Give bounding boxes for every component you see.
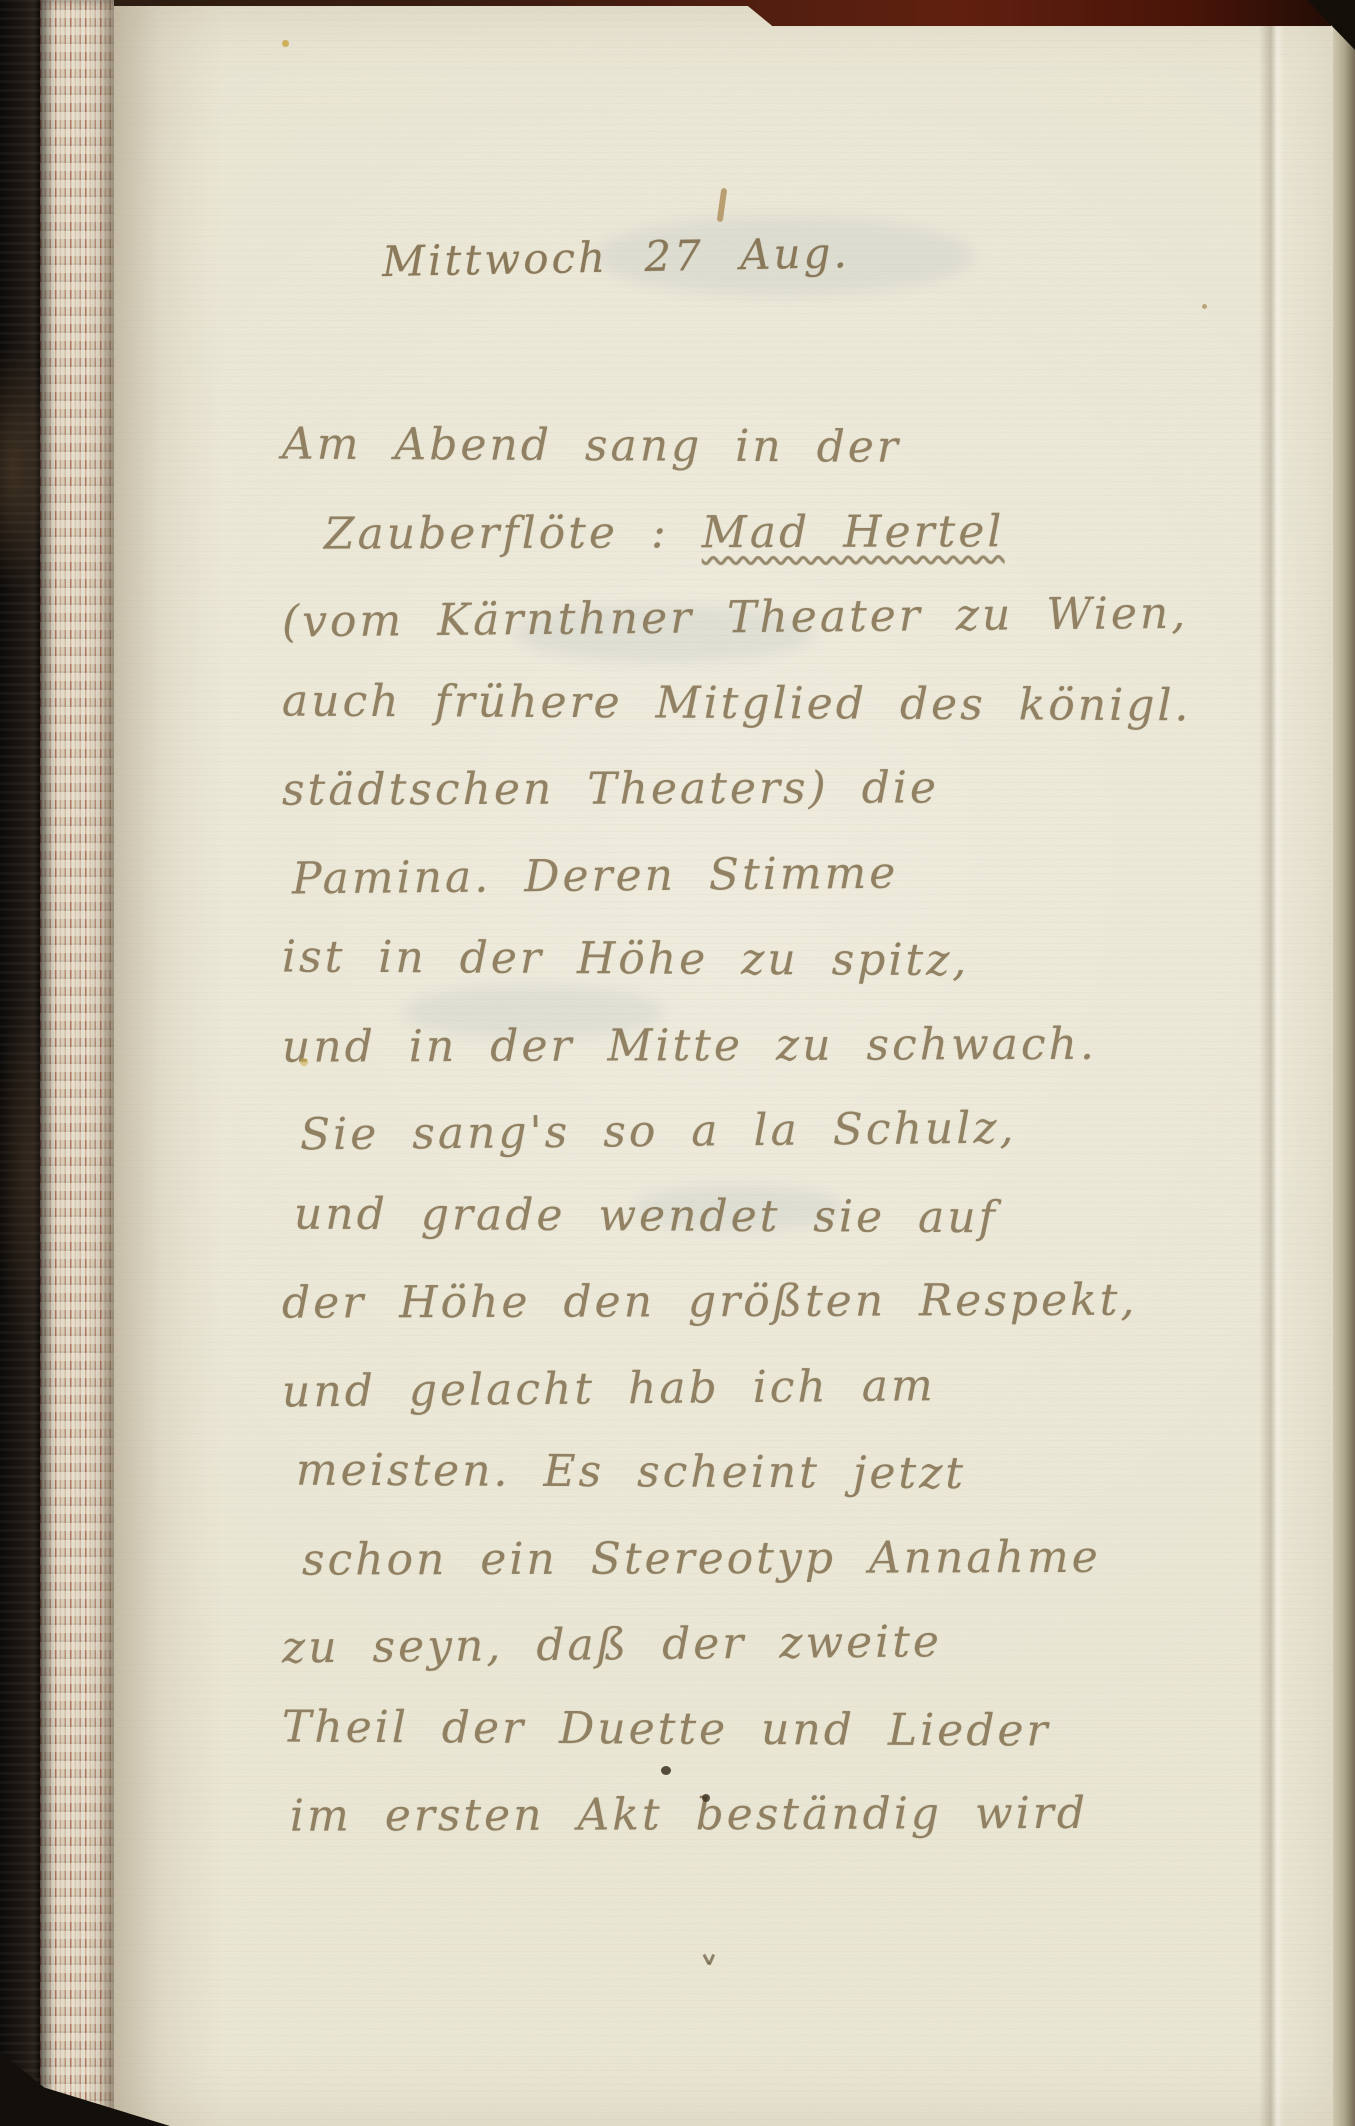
entry-line: Am Abend sang in der: [282, 402, 1223, 492]
entry-line: Theil der Duette und Lieder: [282, 1684, 1223, 1774]
page-edge-stack: [40, 0, 114, 2126]
entry-line: schon ein Stereotyp Annahme: [302, 1514, 1223, 1603]
book-cover-spine: [0, 0, 40, 2126]
entry-body: Am Abend sang in der Zauberflöte : Mad H…: [282, 404, 1223, 1858]
entry-line: meisten. Es scheint jetzt: [296, 1428, 1223, 1518]
entry-line: Pamina. Deren Stimme: [292, 827, 1224, 921]
stray-pen-mark: [702, 1954, 716, 1966]
entry-line: Sie sang's so a la Schulz,: [300, 1084, 1224, 1178]
entry-line: Zauberflöte : Mad Hertel: [324, 488, 1223, 577]
diary-entry: Mittwoch 27 Aug. Am Abend sang in der Za…: [282, 224, 1223, 1858]
manuscript-page: Mittwoch 27 Aug. Am Abend sang in der Za…: [114, 6, 1333, 2126]
page-fold-crease: [1259, 26, 1285, 2126]
entry-line: der Höhe den größten Respekt,: [282, 1257, 1223, 1346]
ink-smear: [717, 188, 728, 223]
entry-line: ist in der Höhe zu spitz,: [282, 915, 1223, 1005]
next-page-edge: [1331, 0, 1355, 2126]
entry-line: auch frühere Mitglied des königl.: [282, 658, 1223, 748]
entry-date-heading: Mittwoch 27 Aug.: [382, 216, 1224, 292]
foxing-speck: [282, 40, 289, 47]
entry-line: und gelacht hab ich am: [282, 1340, 1224, 1435]
entry-line: im ersten Akt beständig wird: [290, 1770, 1223, 1859]
entry-line: und in der Mitte zu schwach.: [282, 1001, 1223, 1090]
entry-line: (vom Kärnthner Theater zu Wien,: [282, 570, 1224, 665]
entry-line-text: Zauberflöte :: [324, 507, 702, 559]
entry-line: städtschen Theaters) die: [282, 744, 1223, 833]
entry-line: und grade wendet sie auf: [294, 1171, 1223, 1261]
underlined-name: Mad Hertel: [702, 506, 1005, 558]
entry-line: zu seyn, daß der zweite: [282, 1596, 1224, 1691]
book-scan: Mittwoch 27 Aug. Am Abend sang in der Za…: [0, 0, 1355, 2126]
